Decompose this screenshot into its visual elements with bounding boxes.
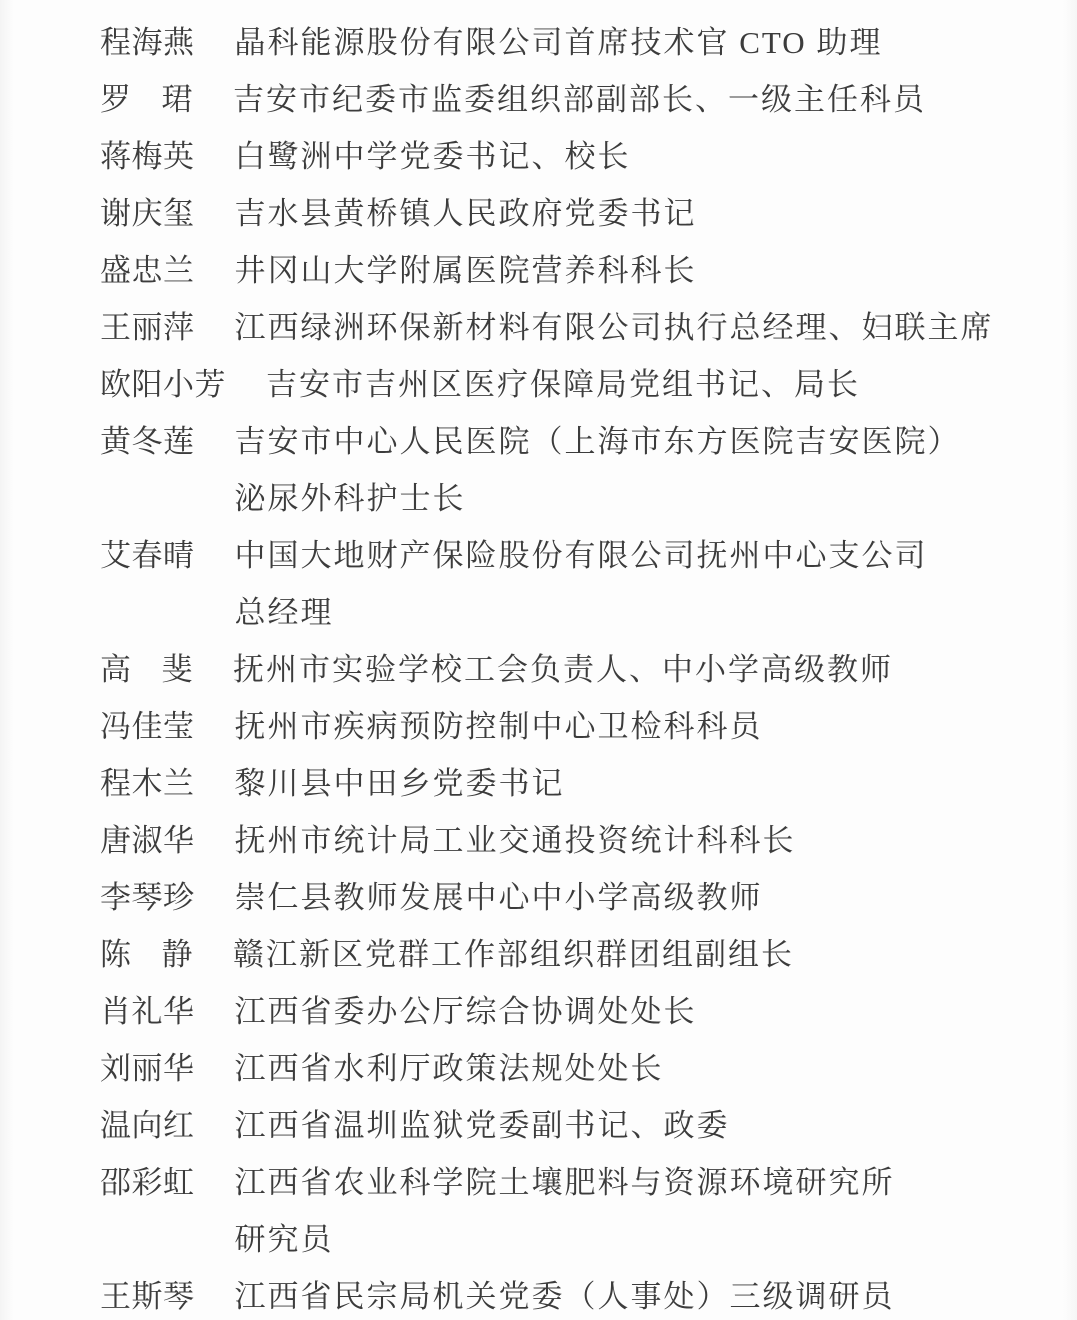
person-name: 盛忠兰 <box>100 242 195 299</box>
person-title: 抚州市疾病预防控制中心卫检科科员 <box>235 698 1038 755</box>
person-name: 欧阳小芳 <box>100 356 226 413</box>
person-title: 崇仁县教师发展中心中小学高级教师 <box>235 869 1038 926</box>
person-title: 黎川县中田乡党委书记 <box>235 755 1038 812</box>
person-title: 中国大地财产保险股份有限公司抚州中心支公司 总经理 <box>235 527 1038 641</box>
person-name: 冯佳莹 <box>100 698 195 755</box>
person-title: 吉安市纪委市监委组织部副部长、一级主任科员 <box>233 71 1037 128</box>
list-item: 邵彩虹 江西省农业科学院土壤肥料与资源环境研究所 研究员 <box>100 1154 1037 1268</box>
list-item: 李琴珍 崇仁县教师发展中心中小学高级教师 <box>100 869 1037 926</box>
document-page: 程海燕 晶科能源股份有限公司首席技术官 CTO 助理 罗珺 吉安市纪委市监委组织… <box>0 0 1077 1320</box>
list-item: 冯佳莹 抚州市疾病预防控制中心卫检科科员 <box>100 698 1037 755</box>
person-title: 白鹭洲中学党委书记、校长 <box>235 128 1038 185</box>
person-title: 江西省民宗局机关党委（人事处）三级调研员 <box>235 1268 1038 1320</box>
list-item: 盛忠兰 井冈山大学附属医院营养科科长 <box>100 242 1037 299</box>
person-title: 江西省委办公厅综合协调处处长 <box>235 983 1038 1040</box>
list-item: 黄冬莲 吉安市中心人民医院（上海市东方医院吉安医院） 泌尿外科护士长 <box>100 413 1037 527</box>
list-item: 谢庆玺 吉水县黄桥镇人民政府党委书记 <box>100 185 1037 242</box>
person-title: 赣江新区党群工作部组织群团组副组长 <box>233 926 1037 983</box>
person-name: 黄冬莲 <box>100 413 195 470</box>
person-name: 王丽萍 <box>100 299 195 356</box>
list-item: 肖礼华 江西省委办公厅综合协调处处长 <box>100 983 1037 1040</box>
list-item: 王斯琴 江西省民宗局机关党委（人事处）三级调研员 <box>100 1268 1037 1320</box>
person-name: 唐淑华 <box>100 812 195 869</box>
person-name: 蒋梅英 <box>100 128 195 185</box>
person-title: 抚州市实验学校工会负责人、中小学高级教师 <box>233 641 1037 698</box>
person-name: 程木兰 <box>100 755 195 812</box>
person-title: 吉水县黄桥镇人民政府党委书记 <box>235 185 1038 242</box>
list-item: 温向红 江西省温圳监狱党委副书记、政委 <box>100 1097 1037 1154</box>
person-title: 江西省水利厅政策法规处处长 <box>235 1040 1038 1097</box>
person-name: 艾春晴 <box>100 527 195 584</box>
person-title: 吉安市吉州区医疗保障局党组书记、局长 <box>266 356 1037 413</box>
list-item: 蒋梅英 白鹭洲中学党委书记、校长 <box>100 128 1037 185</box>
list-item: 高斐 抚州市实验学校工会负责人、中小学高级教师 <box>100 641 1037 698</box>
person-name: 谢庆玺 <box>100 185 195 242</box>
list-item: 程木兰 黎川县中田乡党委书记 <box>100 755 1037 812</box>
person-title: 吉安市中心人民医院（上海市东方医院吉安医院） 泌尿外科护士长 <box>235 413 1038 527</box>
person-name: 王斯琴 <box>100 1268 195 1320</box>
person-name: 肖礼华 <box>100 983 195 1040</box>
person-title: 江西省温圳监狱党委副书记、政委 <box>235 1097 1038 1154</box>
person-name: 李琴珍 <box>100 869 195 926</box>
list-item: 程海燕 晶科能源股份有限公司首席技术官 CTO 助理 <box>100 14 1037 71</box>
person-title: 江西绿洲环保新材料有限公司执行总经理、妇联主席 <box>235 299 1038 356</box>
list-item: 陈静 赣江新区党群工作部组织群团组副组长 <box>100 926 1037 983</box>
person-title: 晶科能源股份有限公司首席技术官 CTO 助理 <box>235 14 1038 71</box>
person-title: 井冈山大学附属医院营养科科长 <box>235 242 1038 299</box>
list-item: 王丽萍 江西绿洲环保新材料有限公司执行总经理、妇联主席 <box>100 299 1037 356</box>
person-name: 陈静 <box>100 926 193 983</box>
list-item: 艾春晴 中国大地财产保险股份有限公司抚州中心支公司 总经理 <box>100 527 1037 641</box>
list-item: 罗珺 吉安市纪委市监委组织部副部长、一级主任科员 <box>100 71 1037 128</box>
list-item: 唐淑华 抚州市统计局工业交通投资统计科科长 <box>100 812 1037 869</box>
person-title: 抚州市统计局工业交通投资统计科科长 <box>235 812 1038 869</box>
list-item: 欧阳小芳 吉安市吉州区医疗保障局党组书记、局长 <box>100 356 1037 413</box>
person-name: 程海燕 <box>100 14 195 71</box>
person-title: 江西省农业科学院土壤肥料与资源环境研究所 研究员 <box>235 1154 1038 1268</box>
person-name: 温向红 <box>100 1097 195 1154</box>
person-name: 罗珺 <box>100 71 193 128</box>
person-name: 邵彩虹 <box>100 1154 195 1211</box>
person-name: 高斐 <box>100 641 193 698</box>
list-item: 刘丽华 江西省水利厅政策法规处处长 <box>100 1040 1037 1097</box>
name-title-roster: 程海燕 晶科能源股份有限公司首席技术官 CTO 助理 罗珺 吉安市纪委市监委组织… <box>100 14 1037 1320</box>
person-name: 刘丽华 <box>100 1040 195 1097</box>
